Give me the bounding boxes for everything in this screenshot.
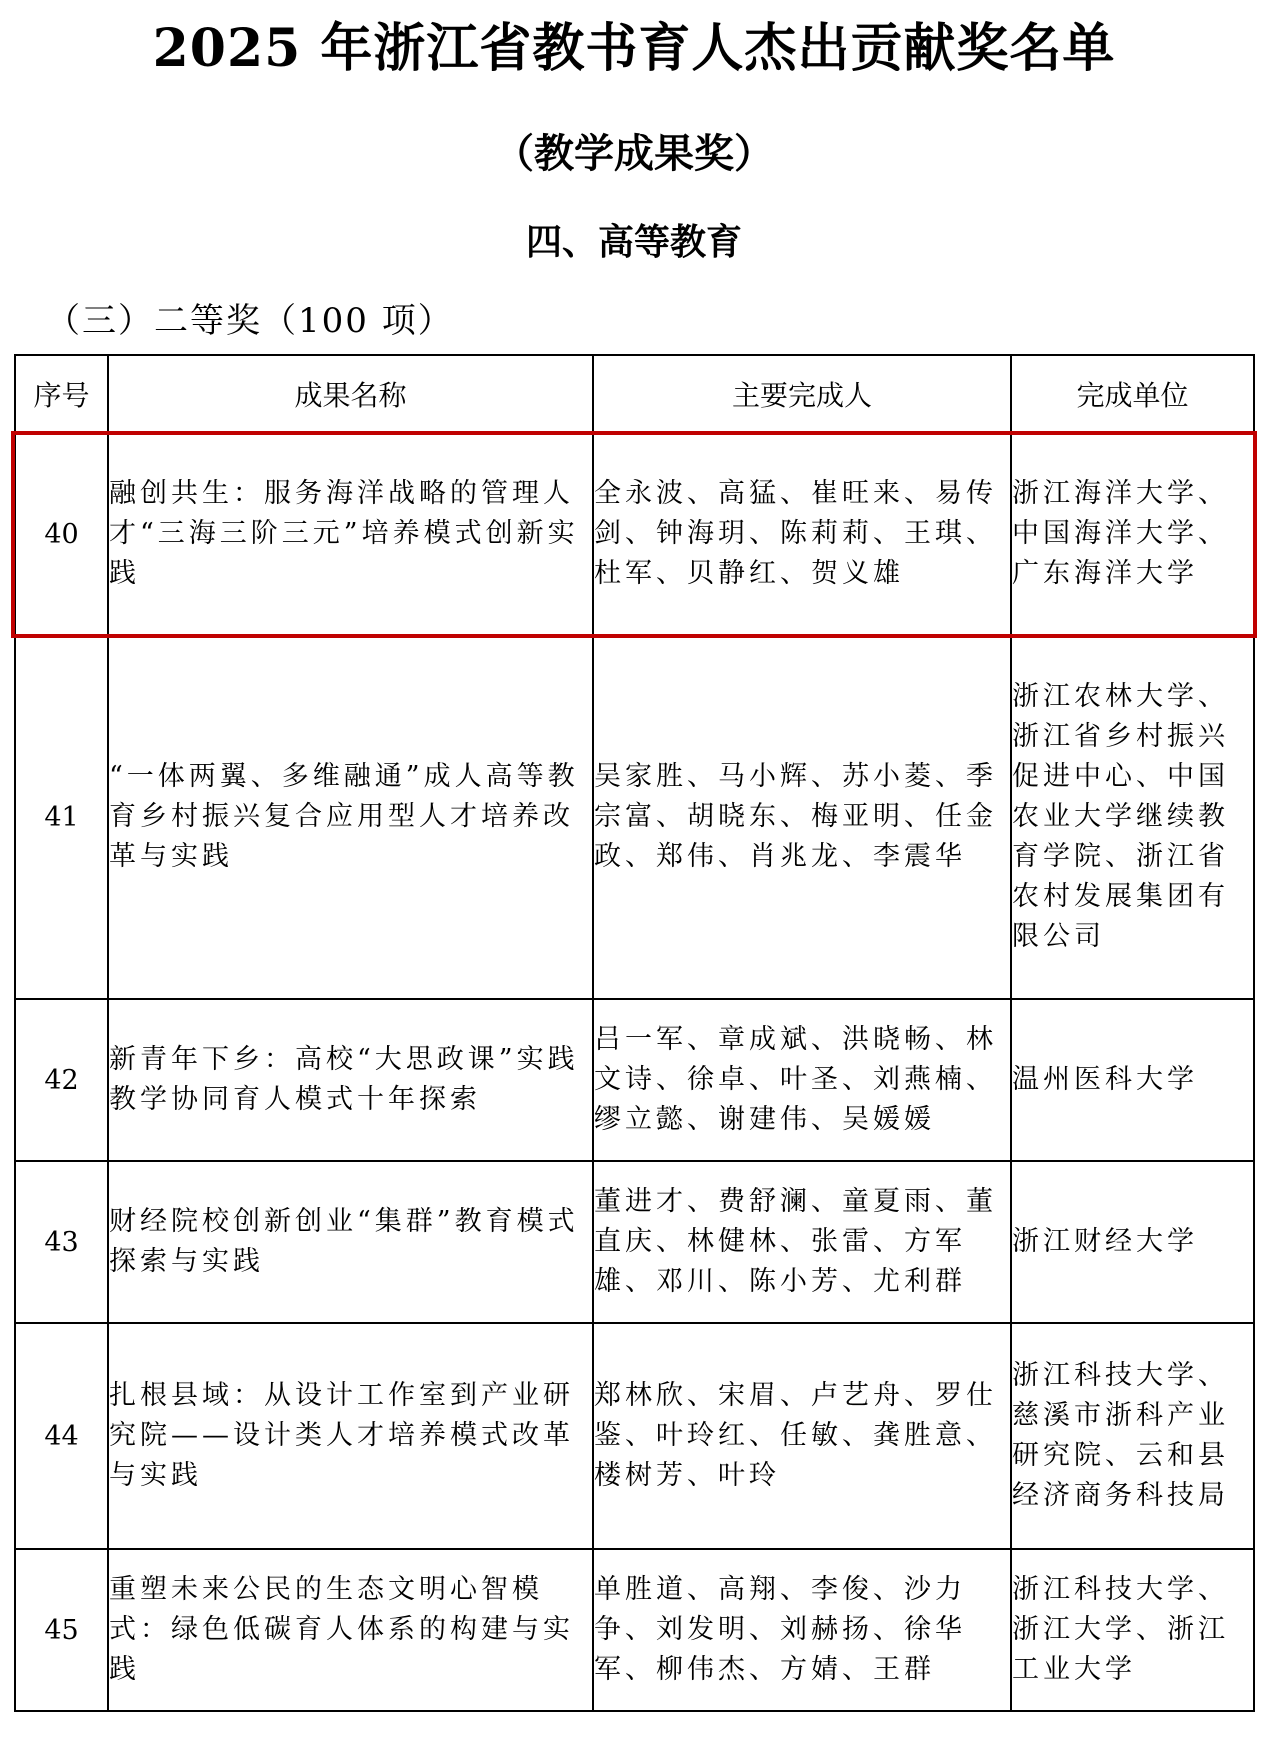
row-people: 吕一军、章成斌、洪晓畅、林文诗、徐卓、叶圣、刘燕楠、缪立懿、谢建伟、吴媛媛 [593, 999, 1011, 1161]
row-people: 单胜道、高翔、李俊、沙力争、刘发明、刘赫扬、徐华军、柳伟杰、方婧、王群 [593, 1549, 1011, 1711]
row-no: 41 [15, 635, 108, 999]
row-no: 44 [15, 1323, 108, 1549]
row-people: 全永波、高猛、崔旺来、易传剑、钟海玥、陈莉莉、王琪、杜军、贝静红、贺义雄 [593, 433, 1011, 635]
table-header-row: 序号 成果名称 主要完成人 完成单位 [15, 355, 1254, 433]
document-subtitle: （教学成果奖） [0, 124, 1268, 184]
table-row: 40 融创共生：服务海洋战略的管理人才“三海三阶三元”培养模式创新实践 全永波、… [15, 433, 1254, 635]
table-row: 42 新青年下乡：高校“大思政课”实践教学协同育人模式十年探索 吕一军、章成斌、… [15, 999, 1254, 1161]
table-row: 45 重塑未来公民的生态文明心智模式：绿色低碳育人体系的构建与实践 单胜道、高翔… [15, 1549, 1254, 1711]
row-no: 40 [15, 433, 108, 635]
document-title: 2025 年浙江省教书育人杰出贡献奖名单 [0, 14, 1268, 84]
row-org: 浙江财经大学 [1011, 1161, 1254, 1323]
row-org: 浙江农林大学、浙江省乡村振兴促进中心、中国农业大学继续教育学院、浙江省农村发展集… [1011, 635, 1254, 999]
row-people: 董进才、费舒澜、童夏雨、董直庆、林健林、张雷、方军雄、邓川、陈小芳、尤利群 [593, 1161, 1011, 1323]
row-no: 42 [15, 999, 108, 1161]
row-org: 浙江海洋大学、中国海洋大学、广东海洋大学 [1011, 433, 1254, 635]
table-row: 41 “一体两翼、多维融通”成人高等教育乡村振兴复合应用型人才培养改革与实践 吴… [15, 635, 1254, 999]
row-org: 浙江科技大学、浙江大学、浙江工业大学 [1011, 1549, 1254, 1711]
awards-table: 序号 成果名称 主要完成人 完成单位 40 融创共生：服务海洋战略的管理人才“三… [14, 354, 1255, 1712]
row-title: 财经院校创新创业“集群”教育模式探索与实践 [108, 1161, 593, 1323]
table-row: 43 财经院校创新创业“集群”教育模式探索与实践 董进才、费舒澜、童夏雨、董直庆… [15, 1161, 1254, 1323]
row-title: “一体两翼、多维融通”成人高等教育乡村振兴复合应用型人才培养改革与实践 [108, 635, 593, 999]
subsection-heading: （三）二等奖（100 项） [46, 296, 454, 346]
row-org: 温州医科大学 [1011, 999, 1254, 1161]
header-people: 主要完成人 [593, 355, 1011, 433]
header-title: 成果名称 [108, 355, 593, 433]
row-title: 融创共生：服务海洋战略的管理人才“三海三阶三元”培养模式创新实践 [108, 433, 593, 635]
row-title: 新青年下乡：高校“大思政课”实践教学协同育人模式十年探索 [108, 999, 593, 1161]
row-title: 扎根县域：从设计工作室到产业研究院——设计类人才培养模式改革与实践 [108, 1323, 593, 1549]
row-people: 郑林欣、宋眉、卢艺舟、罗仕鉴、叶玲红、任敏、龚胜意、楼树芳、叶玲 [593, 1323, 1011, 1549]
section-heading: 四、高等教育 [0, 214, 1268, 270]
header-org: 完成单位 [1011, 355, 1254, 433]
header-no: 序号 [15, 355, 108, 433]
table-row: 44 扎根县域：从设计工作室到产业研究院——设计类人才培养模式改革与实践 郑林欣… [15, 1323, 1254, 1549]
row-title: 重塑未来公民的生态文明心智模式：绿色低碳育人体系的构建与实践 [108, 1549, 593, 1711]
row-no: 45 [15, 1549, 108, 1711]
row-org: 浙江科技大学、慈溪市浙科产业研究院、云和县经济商务科技局 [1011, 1323, 1254, 1549]
row-people: 吴家胜、马小辉、苏小菱、季宗富、胡晓东、梅亚明、任金政、郑伟、肖兆龙、李震华 [593, 635, 1011, 999]
row-no: 43 [15, 1161, 108, 1323]
